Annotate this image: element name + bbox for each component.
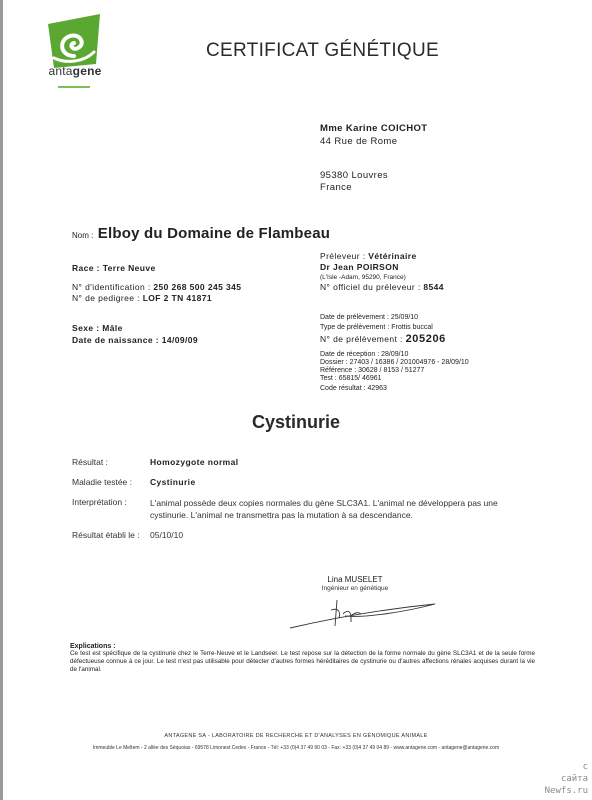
test-section-title: Cystinurie bbox=[0, 412, 592, 433]
sampler-official-number: 8544 bbox=[423, 282, 444, 292]
footer-contact: Immeuble Le Meltem - 2 allée des Séquoia… bbox=[0, 745, 592, 751]
reference-value: 30628 / 8153 / 51277 bbox=[358, 367, 424, 374]
owner-name: Mme Karine COICHOT bbox=[320, 123, 428, 134]
sex-label: Sexe : bbox=[72, 323, 99, 333]
watermark-line-3: Newfs.ru bbox=[545, 786, 588, 796]
sample-number-row: N° de prélèvement : 205206 bbox=[320, 333, 446, 345]
sample-number-label: N° de prélèvement : bbox=[320, 334, 403, 344]
code-row: Code résultat : 42963 bbox=[320, 385, 387, 392]
sample-date-value: 25/09/10 bbox=[391, 314, 418, 321]
result-label: Résultat : bbox=[72, 457, 108, 467]
race-row: Race : Terre Neuve bbox=[72, 263, 156, 273]
sex-row: Sexe : Mâle bbox=[72, 323, 123, 333]
dossier-value: 27403 / 16386 / 201004976 - 28/09/10 bbox=[350, 359, 469, 366]
established-label: Résultat établi le : bbox=[72, 530, 140, 540]
disease-label: Maladie testée : bbox=[72, 477, 132, 487]
birth-row: Date de naissance : 14/09/09 bbox=[72, 335, 198, 345]
code-value: 42963 bbox=[367, 385, 386, 392]
dossier-row: Dossier : 27403 / 16386 / 201004976 - 28… bbox=[320, 359, 469, 366]
logo-underline bbox=[58, 86, 90, 88]
owner-city: 95380 Louvres bbox=[320, 170, 388, 181]
identification-row: N° d'identification : 250 268 500 245 34… bbox=[72, 282, 241, 292]
document-title: CERTIFICAT GÉNÉTIQUE bbox=[206, 40, 439, 62]
race-label: Race : bbox=[72, 263, 100, 273]
code-label: Code résultat : bbox=[320, 385, 366, 392]
logo-wordmark: antagene bbox=[40, 64, 110, 78]
test-value: 65815/ 46961 bbox=[339, 375, 382, 382]
sample-number-value: 205206 bbox=[406, 333, 446, 345]
sampler-row: Préleveur : Vétérinaire bbox=[320, 251, 417, 261]
reception-value: 28/09/10 bbox=[381, 351, 408, 358]
interpretation-text: L'animal possède deux copies normales du… bbox=[150, 497, 520, 521]
pedigree-row: N° de pedigree : LOF 2 TN 41871 bbox=[72, 293, 212, 303]
sample-type-label: Type de prélèvement : bbox=[320, 324, 389, 331]
reference-row: Référence : 30628 / 8153 / 51277 bbox=[320, 367, 424, 374]
animal-name: Elboy du Domaine de Flambeau bbox=[98, 225, 330, 242]
sample-type-value: Frottis buccal bbox=[391, 324, 433, 331]
reception-label: Date de réception : bbox=[320, 351, 379, 358]
pedigree-label: N° de pedigree : bbox=[72, 293, 140, 303]
footer-company: ANTAGENE SA - LABORATOIRE DE RECHERCHE E… bbox=[0, 733, 592, 739]
watermark-line-2: сайта bbox=[561, 774, 588, 784]
test-label: Test : bbox=[320, 375, 337, 382]
result-value: Homozygote normal bbox=[150, 457, 239, 467]
established-date: 05/10/10 bbox=[150, 530, 183, 540]
owner-country: France bbox=[320, 182, 352, 193]
interpretation-label: Interprétation : bbox=[72, 497, 127, 507]
disease-value: Cystinurie bbox=[150, 477, 196, 487]
explanations-heading: Explications : bbox=[70, 643, 116, 650]
signatory-title: Ingénieur en génétique bbox=[300, 585, 410, 592]
test-row: Test : 65815/ 46961 bbox=[320, 375, 382, 382]
sampler-type: Vétérinaire bbox=[368, 251, 416, 261]
sampler-location: (L'Isle -Adam, 95290, France) bbox=[320, 274, 406, 281]
sample-date-label: Date de prélèvement : bbox=[320, 314, 389, 321]
watermark-line-1: c bbox=[583, 762, 588, 772]
race-value: Terre Neuve bbox=[103, 263, 156, 273]
owner-street: 44 Rue de Rome bbox=[320, 136, 397, 147]
sex-value: Mâle bbox=[102, 323, 123, 333]
sample-date-row: Date de prélèvement : 25/09/10 bbox=[320, 314, 418, 321]
antagene-logo-icon bbox=[40, 12, 110, 92]
explanations-text: Ce test est spécifique de la cystinurie … bbox=[70, 650, 535, 674]
reception-row: Date de réception : 28/09/10 bbox=[320, 351, 408, 358]
sample-type-row: Type de prélèvement : Frottis buccal bbox=[320, 324, 433, 331]
signatory-name: Lina MUSELET bbox=[310, 575, 400, 584]
animal-name-label: Nom : bbox=[72, 231, 93, 240]
sampler-name: Dr Jean POIRSON bbox=[320, 262, 399, 272]
reference-label: Référence : bbox=[320, 367, 356, 374]
signature-icon bbox=[285, 592, 445, 632]
animal-name-row: Nom : Elboy du Domaine de Flambeau bbox=[72, 225, 330, 243]
sampler-official-row: N° officiel du préleveur : 8544 bbox=[320, 282, 444, 292]
dossier-label: Dossier : bbox=[320, 359, 348, 366]
page-edge bbox=[0, 0, 3, 800]
identification-value: 250 268 500 245 345 bbox=[153, 282, 241, 292]
sampler-label: Préleveur : bbox=[320, 251, 366, 261]
birth-value: 14/09/09 bbox=[162, 335, 198, 345]
birth-label: Date de naissance : bbox=[72, 335, 159, 345]
sampler-official-label: N° officiel du préleveur : bbox=[320, 282, 421, 292]
pedigree-value: LOF 2 TN 41871 bbox=[143, 293, 212, 303]
identification-label: N° d'identification : bbox=[72, 282, 151, 292]
